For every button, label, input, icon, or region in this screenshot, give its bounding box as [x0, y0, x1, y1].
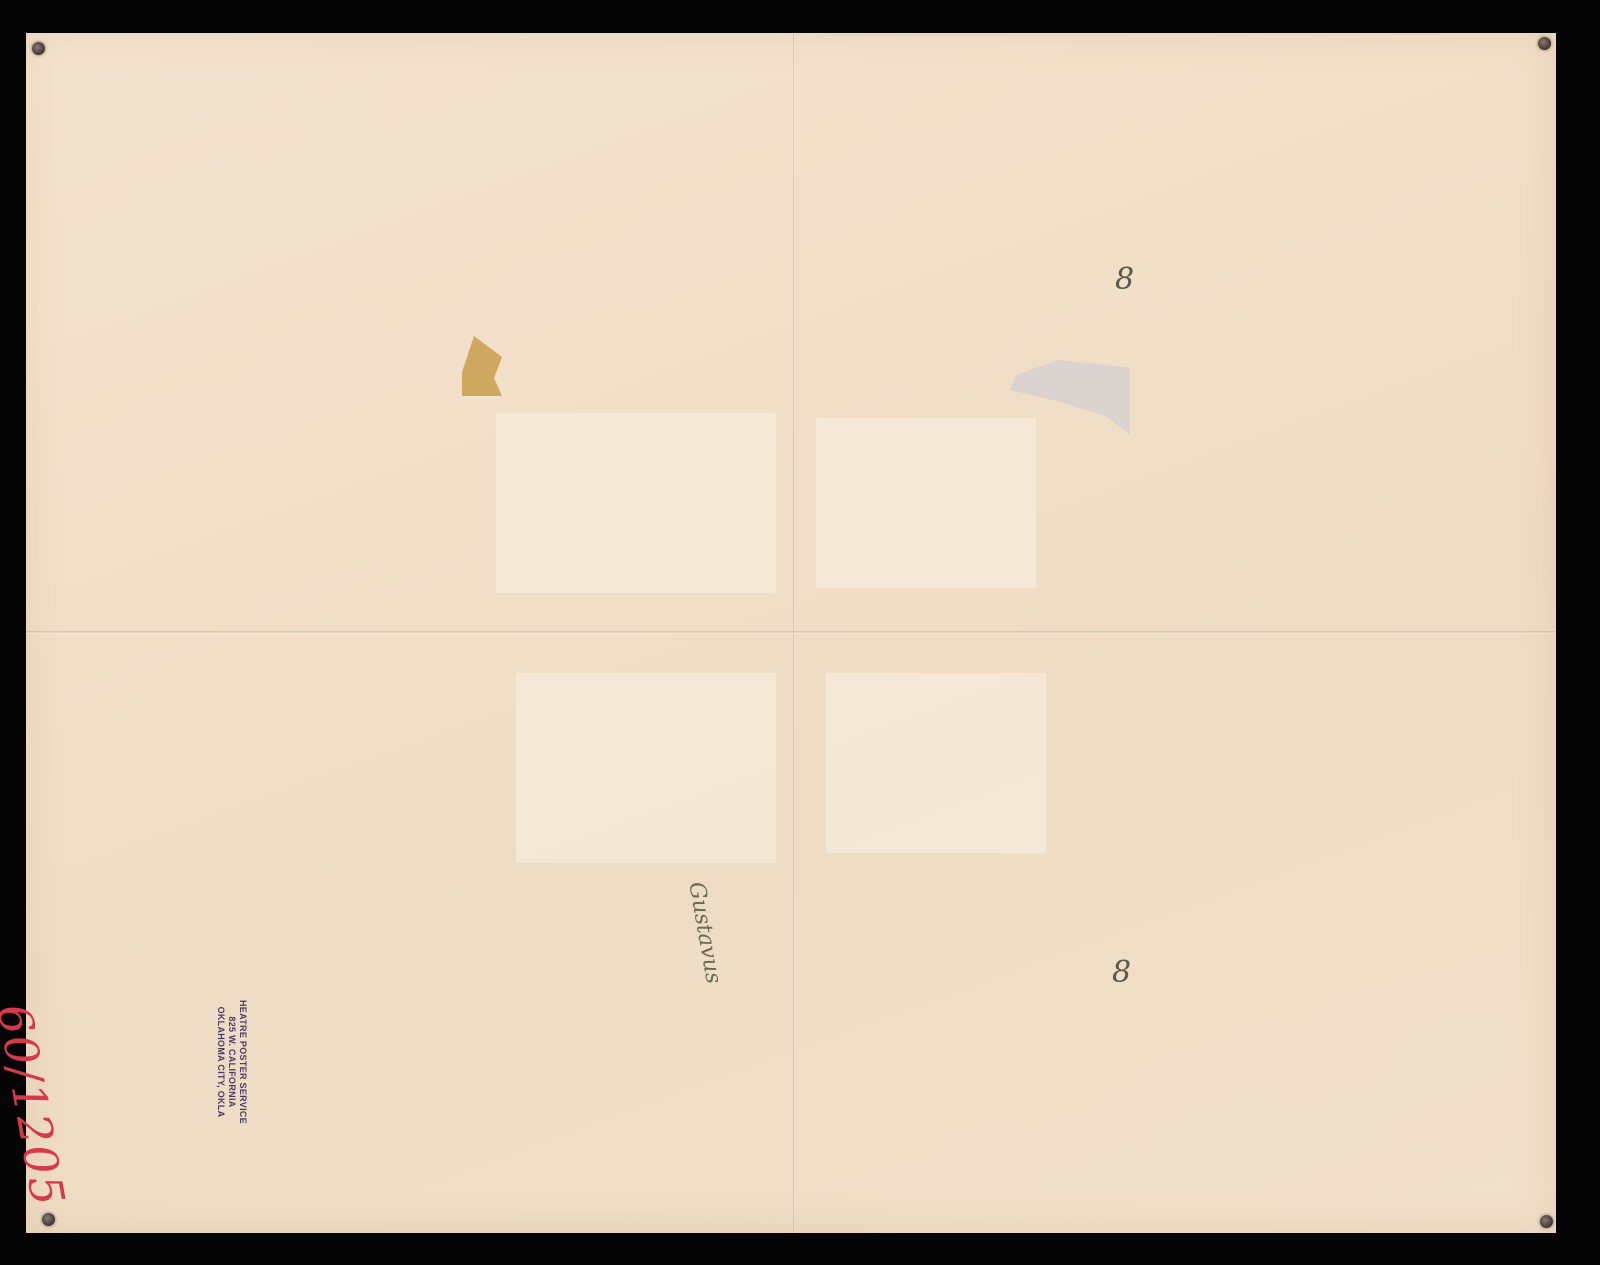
light-patch [816, 418, 1036, 588]
pin-top-right [1538, 37, 1551, 50]
stamp-line-1: HEATRE POSTER SERVICE [237, 1000, 248, 1124]
distributor-stamp: HEATRE POSTER SERVICE 825 W. CALIFORNIA … [215, 1000, 248, 1124]
light-patch [826, 673, 1046, 853]
pin-top-left [32, 42, 45, 55]
pin-bottom-right [1540, 1215, 1553, 1228]
stamp-line-2: 825 W. CALIFORNIA [226, 1000, 237, 1124]
horizontal-fold [26, 631, 1556, 634]
pencil-mark-top: 8 [1115, 262, 1134, 297]
light-patch [496, 413, 776, 593]
light-patch [516, 673, 776, 863]
pencil-mark-bottom: 8 [1112, 955, 1131, 990]
pin-bottom-left [42, 1213, 55, 1226]
poster-back [26, 33, 1556, 1233]
stamp-line-3: OKLAHOMA CITY, OKLA [215, 1000, 226, 1124]
